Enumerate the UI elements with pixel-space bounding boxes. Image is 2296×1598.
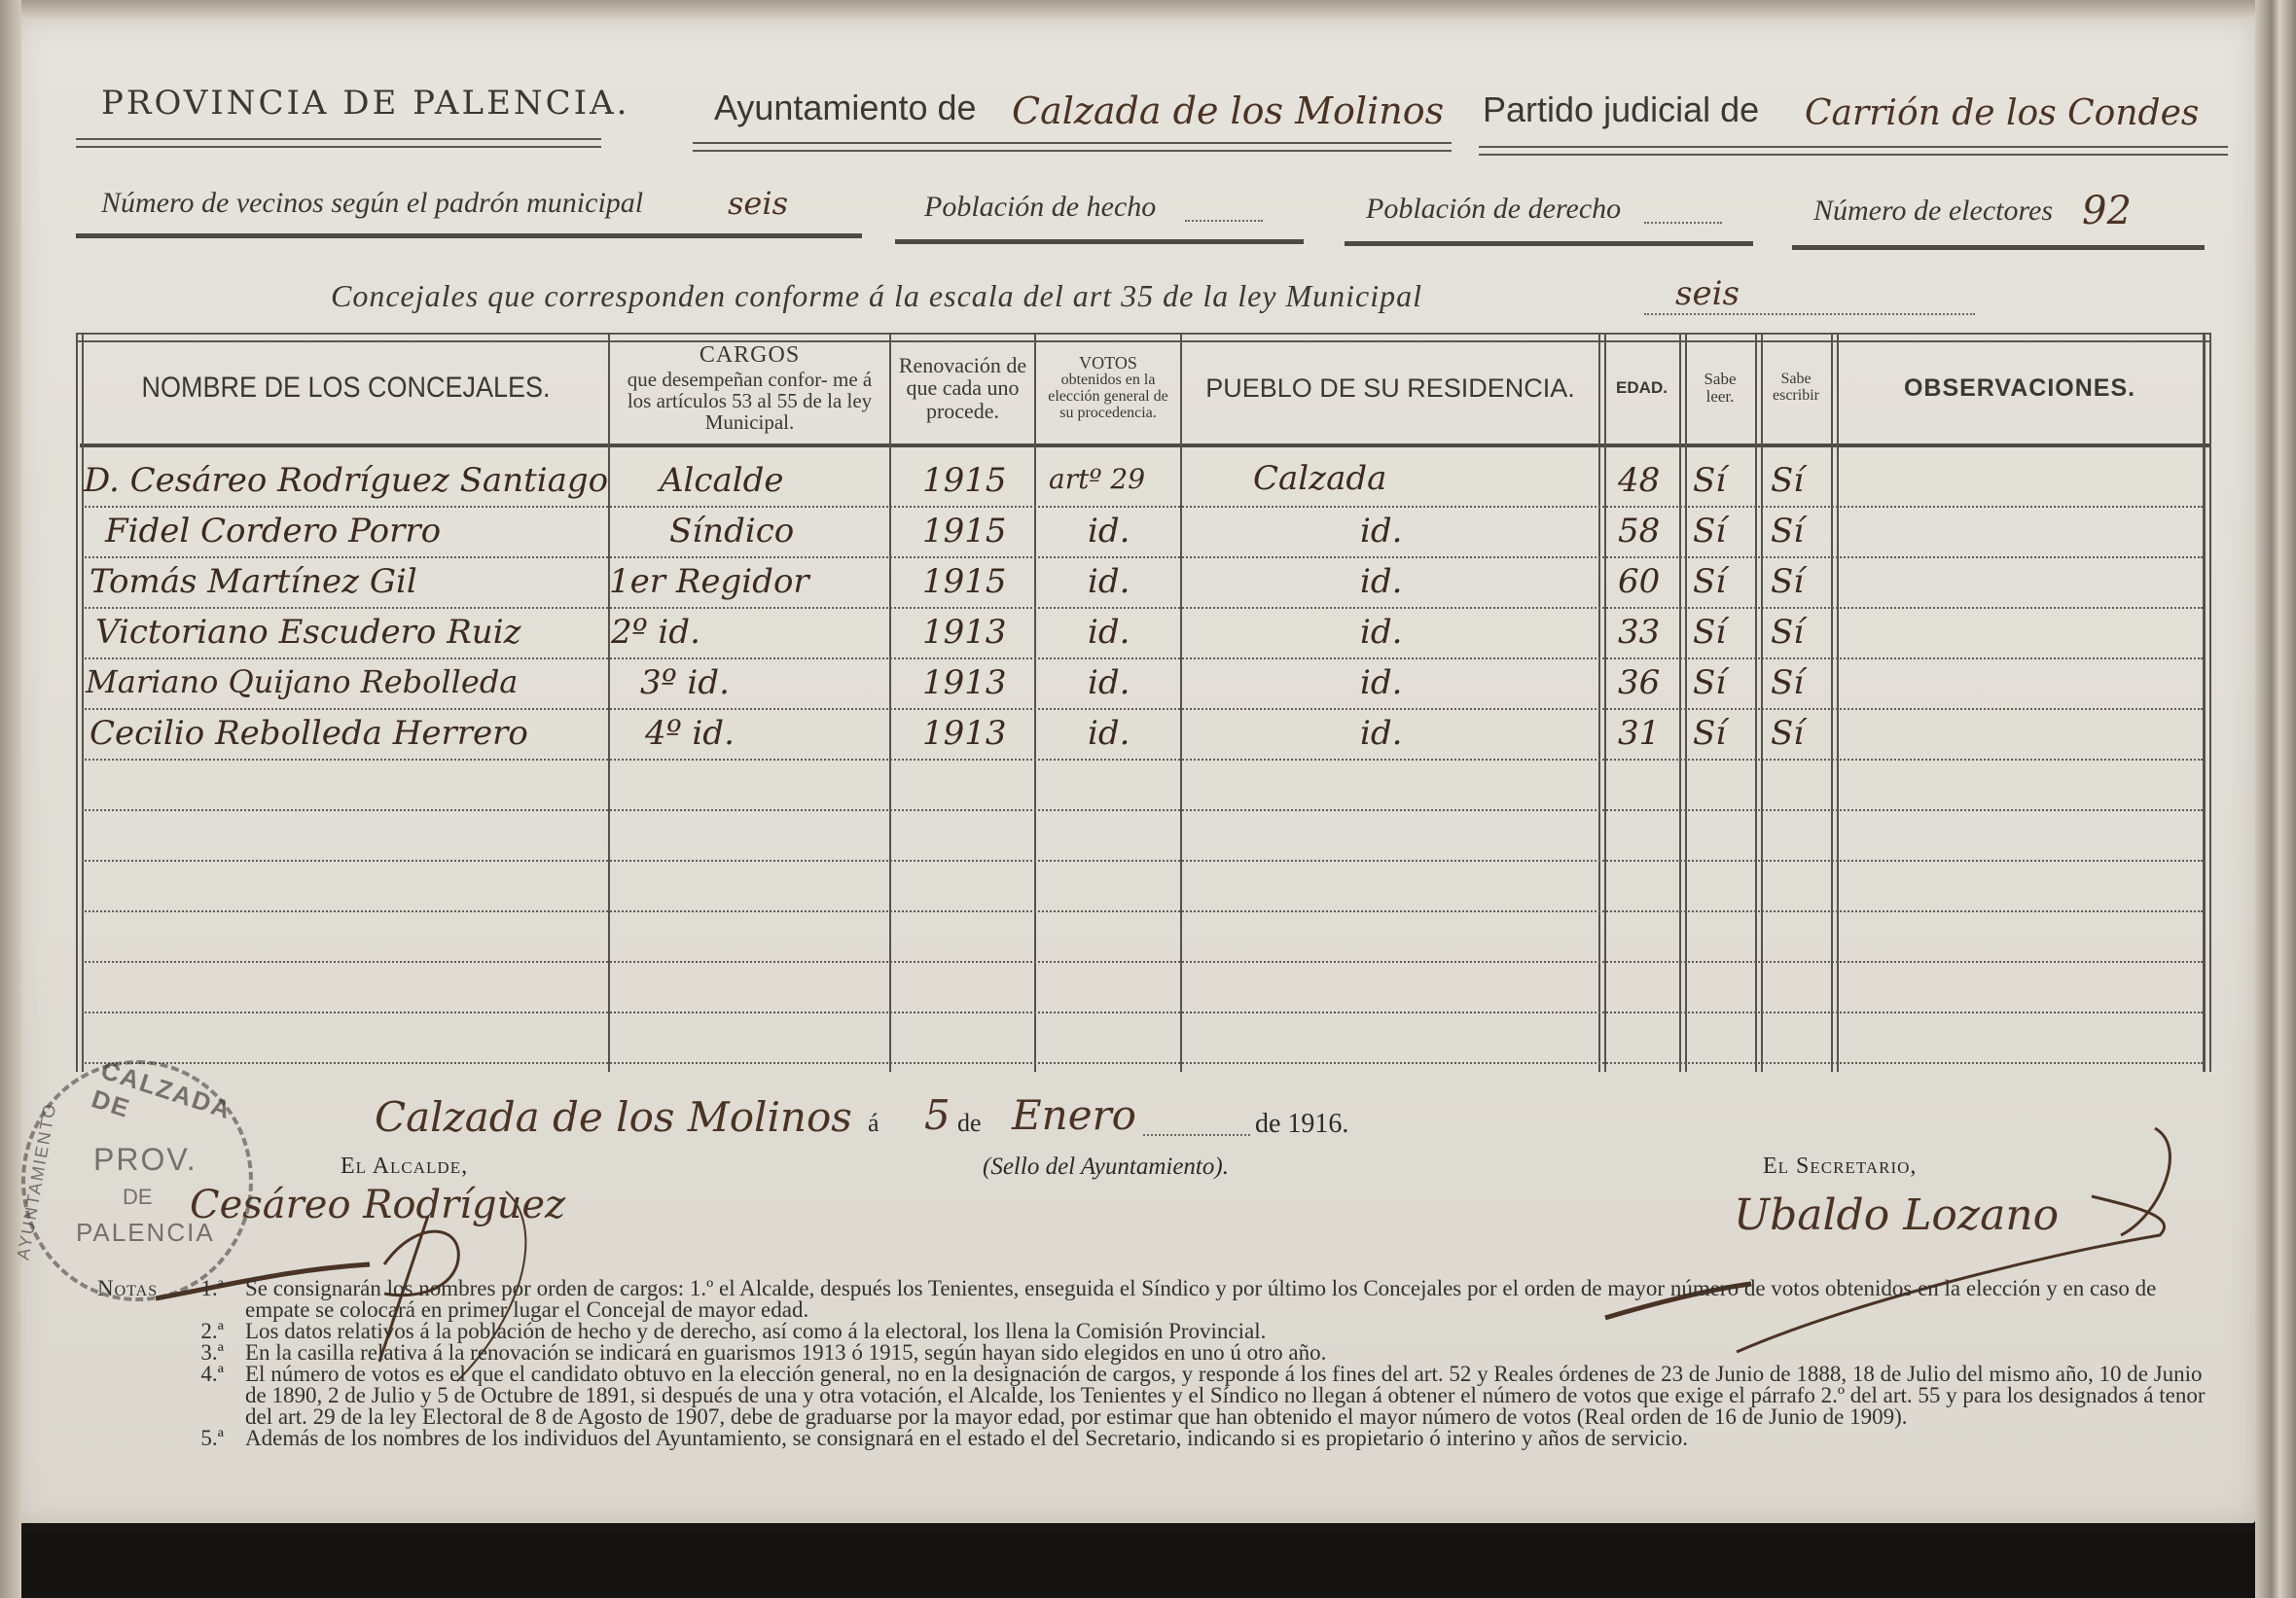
note-number: 2.ª	[97, 1321, 245, 1342]
note-item: 1.ª Se consignarán los nombres por orden…	[97, 1278, 2238, 1321]
note-text: El número de votos es el que el candidat…	[245, 1364, 2238, 1428]
scanned-page: PROVINCIA DE PALENCIA. Ayuntamiento de C…	[0, 0, 2296, 1598]
note-item: 5.ª Además de los nombres de los individ…	[97, 1428, 2238, 1449]
note-text: Se consignarán los nombres por orden de …	[245, 1278, 2238, 1321]
note-text: Los datos relativos á la población de he…	[245, 1321, 2238, 1342]
note-item: 3.ª En la casilla relativa á la renovaci…	[97, 1342, 2238, 1364]
stamp-line1: PROV.	[93, 1142, 197, 1178]
note-number: 5.ª	[97, 1428, 245, 1449]
municipal-stamp: CALZADA DE PROV. DE PALENCIA AYUNTAMIENT…	[21, 1060, 253, 1301]
note-item: 4.ª El número de votos es el que el cand…	[97, 1364, 2238, 1428]
note-number: 4.ª	[97, 1364, 245, 1428]
note-text: En la casilla relativa á la renovación s…	[245, 1342, 2238, 1364]
stamp-line3: PALENCIA	[76, 1218, 215, 1248]
note-number: 3.ª	[97, 1342, 245, 1364]
note-item: 2.ª Los datos relativos á la población d…	[97, 1321, 2238, 1342]
note-text: Además de los nombres de los individuos …	[245, 1428, 2238, 1449]
stamp-line2: DE	[123, 1185, 153, 1210]
notes-section: Notas 1.ª Se consignarán los nombres por…	[97, 1278, 2238, 1449]
notes-label: Notas	[97, 1278, 158, 1299]
